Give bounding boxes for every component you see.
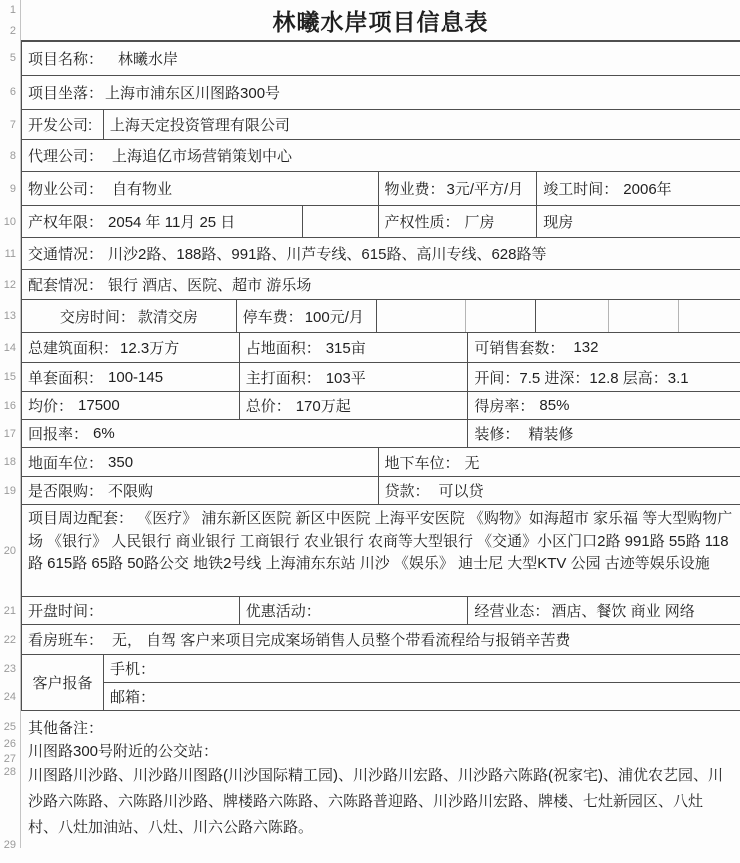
row-number: 1 (10, 3, 16, 17)
unit-area-value: 100-145 (108, 369, 163, 386)
email-label: 邮箱： (110, 686, 155, 707)
row-surroundings: 项目周边配套： 《医疗》 浦东新区医院 新区中医院 上海平安医院 《购物》如海超… (21, 505, 740, 597)
cell-location: 项目坐落： 上海市浦东区川图路300号 (22, 76, 740, 109)
developer-label: 开发公司: (28, 114, 92, 135)
row-transport: 交通情况： 川沙2路、188路、991路、川芦专线、615路、高川专线、628路… (21, 238, 740, 270)
completion-date-value: 2006年 (623, 178, 671, 199)
project-name-label: 项目名称： (28, 48, 103, 69)
project-name-value: 林曦水岸 (118, 48, 178, 69)
cell-avg-price: 均价： 17500 (22, 392, 240, 419)
decoration-label: 装修： (474, 423, 519, 444)
cell-efficiency: 得房率： 85% (468, 392, 740, 419)
row-tenure: 产权年限： 2054 年 11月 25 日 产权性质： 厂房 现房 (21, 206, 740, 238)
transport-label: 交通情况： (28, 243, 103, 264)
cell-project-name: 项目名称： 林曦水岸 (22, 42, 740, 75)
row-number: 15 (4, 370, 16, 384)
row-number: 24 (4, 690, 16, 704)
client-report-label: 客户报备 (32, 672, 92, 693)
page-title: 林曦水岸项目信息表 (273, 4, 489, 37)
row-restriction-loan: 是否限购： 不限购 贷款： 可以贷 (21, 477, 740, 505)
cell-promotion: 优惠活动： (240, 597, 469, 624)
property-company-label: 物业公司： (28, 178, 103, 199)
cell-availability: 现房 (537, 206, 740, 237)
row-location: 项目坐落： 上海市浦东区川图路300号 (21, 76, 740, 110)
agency-label: 代理公司： (28, 145, 103, 166)
cell-return-rate: 回报率： 6% (22, 420, 468, 447)
loan-value: 可以贷 (439, 480, 484, 501)
parking-fee-value: 100元/月 (305, 306, 364, 327)
business-types-label: 经营业态： (474, 600, 549, 621)
cell-purchase-restriction: 是否限购： 不限购 (22, 477, 379, 504)
bus-stops-heading: 川图路300号附近的公交站： (28, 740, 731, 763)
row-number: 18 (4, 455, 16, 469)
parking-fee-label: 停车费： (243, 306, 303, 327)
cell-developer-label: 开发公司: (22, 110, 104, 139)
cell-tenure-type: 产权性质： 厂房 (379, 206, 538, 237)
row-number: 25 (4, 720, 16, 734)
return-rate-value: 6% (93, 425, 115, 442)
cell-business-types: 经营业态： 酒店、餐饮 商业 网络 (468, 597, 740, 624)
avg-price-value: 17500 (78, 397, 120, 414)
phone-label: 手机： (110, 658, 155, 679)
spreadsheet-screenshot: 1 2 5 6 7 8 9 10 11 12 13 14 15 16 17 18… (0, 0, 740, 863)
cell-phone: 手机： (104, 655, 740, 683)
cell-main-area: 主打面积： 103平 (240, 363, 469, 391)
total-price-value: 170万起 (296, 395, 351, 416)
tenure-type-label: 产权性质： (385, 211, 460, 232)
delivery-label: 交房时间： (60, 306, 135, 327)
cell-parking-fee: 停车费： 100元/月 (237, 300, 378, 332)
purchase-restriction-value: 不限购 (108, 480, 153, 501)
cell-underground-parking: 地下车位： 无 (379, 448, 740, 476)
efficiency-value: 85% (539, 397, 569, 414)
cell-opening-date: 开盘时间： (22, 597, 240, 624)
promotion-label: 优惠活动： (246, 600, 321, 621)
developer-value: 上海天定投资管理有限公司 (110, 114, 290, 135)
underground-parking-value: 无 (465, 452, 480, 473)
row-number: 20 (4, 544, 16, 558)
row-amenities: 配套情况： 银行 酒店、医院、超市 游乐场 (21, 270, 740, 300)
tenure-type-value: 厂房 (465, 211, 495, 232)
notes-section: 其他备注： 川图路300号附近的公交站： 川图路川沙路、川沙路川图路(川沙国际精… (21, 711, 740, 841)
row-unit-area: 单套面积： 100-145 主打面积： 103平 开间：7.5 进深：12.8 … (21, 363, 740, 392)
title-row: 林曦水岸项目信息表 (21, 0, 740, 42)
cell-empty (679, 300, 740, 332)
surroundings-label: 项目周边配套： (28, 510, 133, 527)
row-number: 2 (10, 24, 16, 38)
row-number: 28 (4, 765, 16, 779)
row-number: 26 (4, 737, 16, 751)
row-number: 16 (4, 399, 16, 413)
efficiency-label: 得房率： (474, 395, 534, 416)
row-agency: 代理公司： 上海追亿市场营销策划中心 (21, 140, 740, 172)
row-area: 总建筑面积： 12.3万方 占地面积： 315亩 可销售套数： 132 (21, 333, 740, 363)
dimensions-value: 开间：7.5 进深：12.8 层高：3.1 (474, 367, 688, 388)
sellable-units-label: 可销售套数： (474, 337, 564, 358)
row-opening: 开盘时间： 优惠活动： 经营业态： 酒店、餐饮 商业 网络 (21, 597, 740, 625)
row-number: 22 (4, 633, 16, 647)
bus-stops-list: 川图路川沙路、川沙路川图路(川沙国际精工园)、川沙路川宏路、川沙路六陈路(祝家宅… (28, 763, 731, 841)
cell-empty (536, 300, 609, 332)
cell-delivery: 交房时间： 款清交房 (22, 300, 237, 332)
row-property: 物业公司： 自有物业 物业费： 3元/平方/月 竣工时间： 2006年 (21, 172, 740, 206)
cell-empty (377, 300, 466, 332)
cell-empty (466, 300, 536, 332)
row-developer: 开发公司: 上海天定投资管理有限公司 (21, 110, 740, 140)
cell-ground-parking: 地面车位： 350 (22, 448, 379, 476)
gfa-value: 12.3万方 (120, 337, 179, 358)
location-label: 项目坐落： (28, 82, 103, 103)
row-number: 17 (4, 427, 16, 441)
info-sheet: 林曦水岸项目信息表 项目名称： 林曦水岸 项目坐落： 上海市浦东区川图路300号… (21, 0, 740, 863)
cell-sellable-units: 可销售套数： 132 (468, 333, 740, 362)
row-price: 均价： 17500 总价： 170万起 得房率： 85% (21, 392, 740, 420)
amenities-value: 银行 酒店、医院、超市 游乐场 (108, 274, 311, 295)
cell-empty (303, 206, 379, 237)
row-shuttle: 看房班车： 无， 自驾 客户来项目完成案场销售人员整个带看流程给与报销辛苦费 (21, 625, 740, 655)
cell-empty (609, 300, 679, 332)
row-number: 27 (4, 752, 16, 766)
tenure-label: 产权年限： (28, 211, 103, 232)
row-number: 29 (4, 838, 16, 852)
other-notes-label: 其他备注： (28, 717, 731, 740)
land-area-label: 占地面积： (246, 337, 321, 358)
row-number: 21 (4, 604, 16, 618)
cell-transport: 交通情况： 川沙2路、188路、991路、川芦专线、615路、高川专线、628路… (22, 238, 740, 269)
purchase-restriction-label: 是否限购： (28, 480, 103, 501)
tenure-value: 2054 年 11月 25 日 (108, 211, 235, 232)
avg-price-label: 均价： (28, 395, 73, 416)
property-fee-label: 物业费： (385, 178, 445, 199)
main-area-label: 主打面积： (246, 367, 321, 388)
row-client-report: 客户报备 手机： 邮箱： (21, 655, 740, 711)
cell-surroundings: 项目周边配套： 《医疗》 浦东新区医院 新区中医院 上海平安医院 《购物》如海超… (22, 505, 740, 596)
underground-parking-label: 地下车位： (385, 452, 460, 473)
property-company-value: 自有物业 (112, 178, 172, 199)
row-number: 14 (4, 341, 16, 355)
cell-client-report-label: 客户报备 (22, 655, 104, 710)
row-number: 5 (10, 51, 16, 65)
cell-total-price: 总价： 170万起 (240, 392, 469, 419)
cell-gfa: 总建筑面积： 12.3万方 (22, 333, 240, 362)
cell-land-area: 占地面积： 315亩 (240, 333, 469, 362)
cell-property-company: 物业公司： 自有物业 (22, 172, 379, 205)
cell-amenities: 配套情况： 银行 酒店、医院、超市 游乐场 (22, 270, 740, 299)
row-project-name: 项目名称： 林曦水岸 (21, 42, 740, 76)
surroundings-value: 《医疗》 浦东新区医院 新区中医院 上海平安医院 《购物》如海超市 家乐福 等大… (28, 510, 732, 572)
decoration-value: 精装修 (528, 423, 573, 444)
ground-parking-label: 地面车位： (28, 452, 103, 473)
row-number: 13 (4, 309, 16, 323)
row-number-gutter: 1 2 5 6 7 8 9 10 11 12 13 14 15 16 17 18… (0, 0, 21, 848)
sellable-units-value: 132 (573, 339, 598, 356)
cell-agency: 代理公司： 上海追亿市场营销策划中心 (22, 140, 740, 171)
shuttle-label: 看房班车： (28, 629, 103, 650)
loan-label: 贷款： (385, 480, 430, 501)
transport-value: 川沙2路、188路、991路、川芦专线、615路、高川专线、628路等 (108, 243, 546, 264)
property-fee-value: 3元/平方/月 (447, 178, 524, 199)
cell-decoration: 装修： 精装修 (468, 420, 740, 447)
cell-property-fee: 物业费： 3元/平方/月 (379, 172, 538, 205)
row-number: 10 (4, 215, 16, 229)
cell-shuttle: 看房班车： 无， 自驾 客户来项目完成案场销售人员整个带看流程给与报销辛苦费 (22, 625, 740, 654)
total-price-label: 总价： (246, 395, 291, 416)
amenities-label: 配套情况： (28, 274, 103, 295)
row-number: 7 (10, 118, 16, 132)
unit-area-label: 单套面积： (28, 367, 103, 388)
row-number: 9 (10, 182, 16, 196)
row-parking: 地面车位： 350 地下车位： 无 (21, 448, 740, 477)
agency-value: 上海追亿市场营销策划中心 (112, 145, 292, 166)
cell-dimensions: 开间：7.5 进深：12.8 层高：3.1 (468, 363, 740, 391)
cell-unit-area: 单套面积： 100-145 (22, 363, 240, 391)
return-rate-label: 回报率： (28, 423, 88, 444)
cell-developer-value: 上海天定投资管理有限公司 (104, 110, 740, 139)
location-value: 上海市浦东区川图路300号 (105, 82, 280, 103)
shuttle-value: 无， 自驾 客户来项目完成案场销售人员整个带看流程给与报销辛苦费 (112, 629, 570, 650)
delivery-value: 款清交房 (138, 306, 198, 327)
row-number: 11 (5, 247, 16, 261)
ground-parking-value: 350 (108, 454, 133, 471)
client-report-fields: 手机： 邮箱： (104, 655, 740, 710)
gfa-label: 总建筑面积： (28, 337, 118, 358)
business-types-value: 酒店、餐饮 商业 网络 (551, 600, 694, 621)
row-number: 12 (4, 278, 16, 292)
cell-email: 邮箱： (104, 683, 740, 710)
cell-completion-date: 竣工时间： 2006年 (537, 172, 740, 205)
row-number: 8 (10, 149, 16, 163)
cell-loan: 贷款： 可以贷 (379, 477, 740, 504)
row-return: 回报率： 6% 装修： 精装修 (21, 420, 740, 448)
row-delivery-parking: 交房时间： 款清交房 停车费： 100元/月 (21, 300, 740, 333)
row-number: 23 (4, 662, 16, 676)
opening-date-label: 开盘时间： (28, 600, 103, 621)
row-number: 19 (4, 484, 16, 498)
completion-date-label: 竣工时间： (543, 178, 618, 199)
availability-value: 现房 (543, 211, 573, 232)
land-area-value: 315亩 (326, 337, 366, 358)
main-area-value: 103平 (326, 367, 366, 388)
cell-tenure: 产权年限： 2054 年 11月 25 日 (22, 206, 303, 237)
row-number: 6 (10, 85, 16, 99)
